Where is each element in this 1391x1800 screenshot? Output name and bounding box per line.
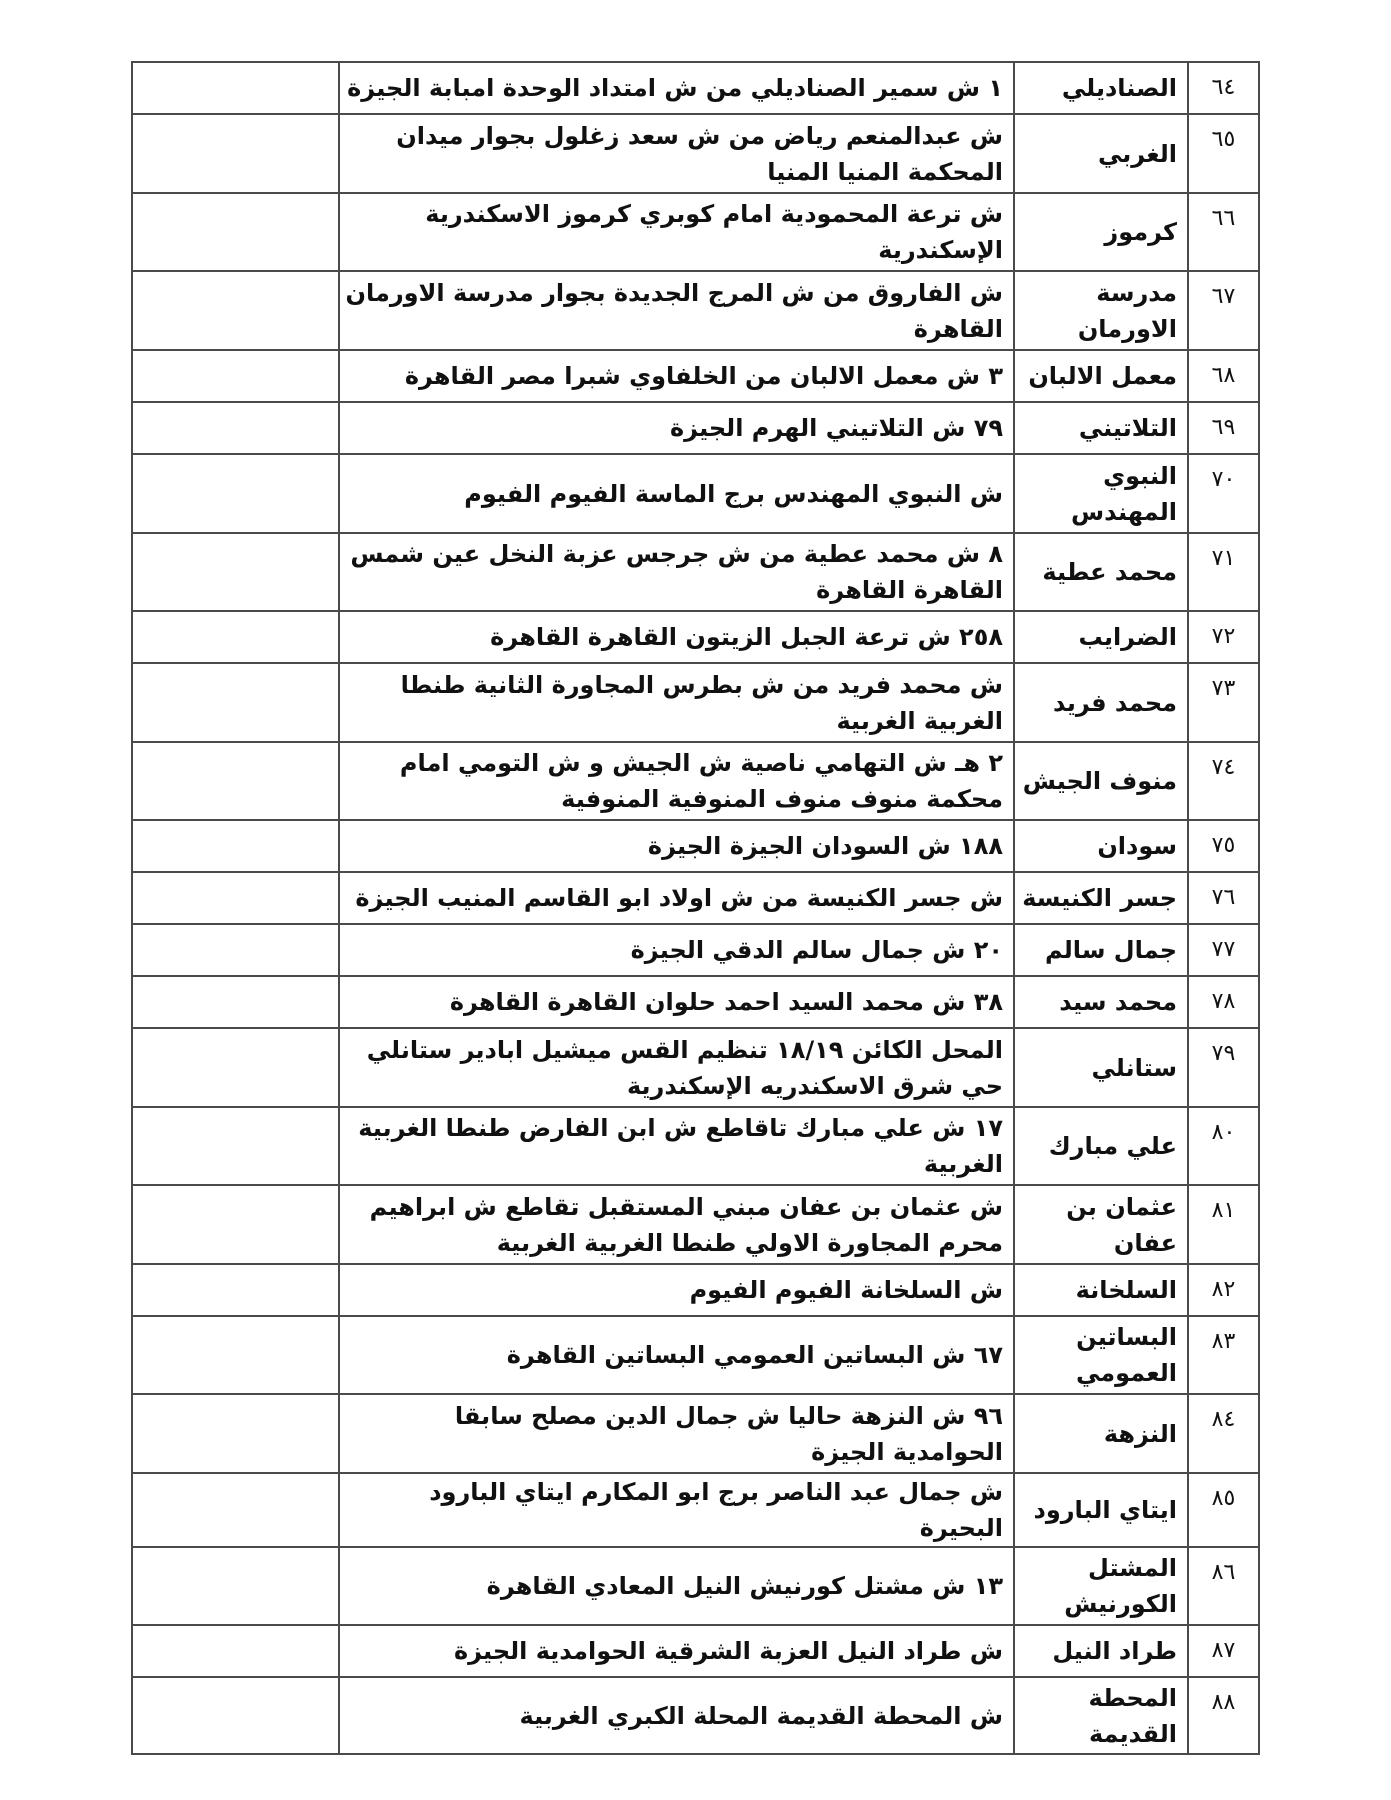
address-cell: ش الفاروق من ش المرج الجديدة بجوار مدرسة… bbox=[339, 271, 1014, 350]
row-number-cell: ٧١ bbox=[1188, 533, 1259, 611]
branch-name-cell: النزهة bbox=[1014, 1394, 1188, 1473]
table-row: ٦٥ الغربي ش عبدالمنعم رياض من ش سعد زغلو… bbox=[132, 114, 1259, 193]
address-text: ش عبدالمنعم رياض من ش سعد زغلول بجوار مي… bbox=[396, 122, 1003, 186]
row-number: ٨٢ bbox=[1189, 1275, 1258, 1305]
branch-name-cell: الغربي bbox=[1014, 114, 1188, 193]
table-row: ٦٤ الصناديلي ١ ش سمير الصناديلي من ش امت… bbox=[132, 62, 1259, 114]
branch-name-cell: الضرايب bbox=[1014, 611, 1188, 663]
table-row: ٨٨ المحطة القديمة ش المحطة القديمة المحل… bbox=[132, 1677, 1259, 1754]
address-cell: ش المحطة القديمة المحلة الكبري الغربية bbox=[339, 1677, 1014, 1754]
address-text: ٧٩ ش التلاتيني الهرم الجيزة bbox=[670, 414, 1003, 442]
table-row: ٨٦ المشتل الكورنيش ١٣ ش مشتل كورنيش الني… bbox=[132, 1547, 1259, 1625]
branch-name: عثمان بن عفان bbox=[1066, 1193, 1177, 1257]
address-cell: ش محمد فريد من ش بطرس المجاورة الثانية ط… bbox=[339, 663, 1014, 742]
branch-name-cell: سودان bbox=[1014, 820, 1188, 872]
row-number-cell: ٧٣ bbox=[1188, 663, 1259, 742]
row-number: ٦٦ bbox=[1189, 204, 1258, 234]
row-number-cell: ٧٧ bbox=[1188, 924, 1259, 976]
branch-name: جسر الكنيسة bbox=[1022, 884, 1177, 912]
row-number: ٨٥ bbox=[1189, 1484, 1258, 1514]
address-cell: ش عبدالمنعم رياض من ش سعد زغلول بجوار مي… bbox=[339, 114, 1014, 193]
empty-cell bbox=[132, 114, 339, 193]
empty-cell bbox=[132, 350, 339, 402]
table-row: ٨٥ ايتاي البارود ش جمال عبد الناصر برج ا… bbox=[132, 1473, 1259, 1547]
branch-name-cell: التلاتيني bbox=[1014, 402, 1188, 454]
branch-name-cell: ايتاي البارود bbox=[1014, 1473, 1188, 1547]
row-number-cell: ٦٩ bbox=[1188, 402, 1259, 454]
row-number: ٦٥ bbox=[1189, 125, 1258, 155]
row-number-cell: ٦٦ bbox=[1188, 193, 1259, 271]
branch-name-cell: جسر الكنيسة bbox=[1014, 872, 1188, 924]
table-row: ٦٦ كرموز ش ترعة المحمودية امام كوبري كرم… bbox=[132, 193, 1259, 271]
row-number-cell: ٧٠ bbox=[1188, 454, 1259, 533]
address-cell: ٦٧ ش البساتين العمومي البساتين القاهرة bbox=[339, 1316, 1014, 1394]
branch-name: البساتين العمومي bbox=[1076, 1323, 1177, 1387]
address-cell: ١٣ ش مشتل كورنيش النيل المعادي القاهرة bbox=[339, 1547, 1014, 1625]
branch-name: مدرسة الاورمان bbox=[1078, 279, 1177, 343]
empty-cell bbox=[132, 924, 339, 976]
row-number: ٧٠ bbox=[1189, 465, 1258, 495]
branch-name: الغربي bbox=[1098, 140, 1177, 168]
row-number-cell: ٦٤ bbox=[1188, 62, 1259, 114]
branch-name-cell: النبوي المهندس bbox=[1014, 454, 1188, 533]
address-cell: ٨ ش محمد عطية من ش جرجس عزبة النخل عين ش… bbox=[339, 533, 1014, 611]
row-number-cell: ٦٧ bbox=[1188, 271, 1259, 350]
branch-name: علي مبارك bbox=[1049, 1132, 1177, 1160]
row-number: ٦٨ bbox=[1189, 361, 1258, 391]
row-number: ٨٨ bbox=[1189, 1688, 1258, 1718]
row-number: ٧٥ bbox=[1189, 831, 1258, 861]
table-row: ٧٣ محمد فريد ش محمد فريد من ش بطرس المجا… bbox=[132, 663, 1259, 742]
branch-name-cell: كرموز bbox=[1014, 193, 1188, 271]
branch-name-cell: محمد سيد bbox=[1014, 976, 1188, 1028]
address-cell: ٣٨ ش محمد السيد احمد حلوان القاهرة القاه… bbox=[339, 976, 1014, 1028]
address-cell: ش السلخانة الفيوم الفيوم bbox=[339, 1264, 1014, 1316]
row-number: ٦٩ bbox=[1189, 413, 1258, 443]
row-number: ٧٩ bbox=[1189, 1039, 1258, 1069]
address-text: ٢٥٨ ش ترعة الجبل الزيتون القاهرة القاهرة bbox=[490, 623, 1003, 651]
branch-name: المشتل الكورنيش bbox=[1064, 1554, 1177, 1618]
branch-name-cell: طراد النيل bbox=[1014, 1625, 1188, 1677]
row-number-cell: ٦٨ bbox=[1188, 350, 1259, 402]
table-row: ٧٠ النبوي المهندس ش النبوي المهندس برج ا… bbox=[132, 454, 1259, 533]
address-cell: ١٨٨ ش السودان الجيزة الجيزة bbox=[339, 820, 1014, 872]
empty-cell bbox=[132, 62, 339, 114]
branch-name-cell: مدرسة الاورمان bbox=[1014, 271, 1188, 350]
address-cell: ش عثمان بن عفان مبني المستقبل تقاطع ش اب… bbox=[339, 1185, 1014, 1264]
table-row: ٨٣ البساتين العمومي ٦٧ ش البساتين العموم… bbox=[132, 1316, 1259, 1394]
branch-name-cell: المحطة القديمة bbox=[1014, 1677, 1188, 1754]
row-number: ٧١ bbox=[1189, 544, 1258, 574]
branch-name-cell: محمد فريد bbox=[1014, 663, 1188, 742]
branch-name: محمد عطية bbox=[1042, 558, 1177, 586]
address-cell: ٧٩ ش التلاتيني الهرم الجيزة bbox=[339, 402, 1014, 454]
branch-name-cell: منوف الجيش bbox=[1014, 742, 1188, 820]
empty-cell bbox=[132, 454, 339, 533]
address-text: ١٧ ش علي مبارك تاقاطع ش ابن الفارض طنطا … bbox=[358, 1114, 1003, 1178]
row-number-cell: ٨٤ bbox=[1188, 1394, 1259, 1473]
address-cell: ش النبوي المهندس برج الماسة الفيوم الفيو… bbox=[339, 454, 1014, 533]
address-text: ش النبوي المهندس برج الماسة الفيوم الفيو… bbox=[464, 480, 1003, 508]
address-cell: المحل الكائن ١٨/١٩ تنظيم القس ميشيل اباد… bbox=[339, 1028, 1014, 1107]
empty-cell bbox=[132, 1107, 339, 1185]
address-cell: ش طراد النيل العزبة الشرقية الحوامدية ال… bbox=[339, 1625, 1014, 1677]
empty-cell bbox=[132, 1547, 339, 1625]
empty-cell bbox=[132, 872, 339, 924]
row-number: ٧٢ bbox=[1189, 622, 1258, 652]
row-number-cell: ٨٧ bbox=[1188, 1625, 1259, 1677]
address-text: ٢٠ ش جمال سالم الدقي الجيزة bbox=[631, 936, 1003, 964]
branch-name: السلخانة bbox=[1076, 1276, 1177, 1304]
address-text: ٦٧ ش البساتين العمومي البساتين القاهرة bbox=[507, 1341, 1003, 1369]
empty-cell bbox=[132, 742, 339, 820]
branch-name-cell: ستانلي bbox=[1014, 1028, 1188, 1107]
address-cell: ٢٥٨ ش ترعة الجبل الزيتون القاهرة القاهرة bbox=[339, 611, 1014, 663]
row-number-cell: ٨٦ bbox=[1188, 1547, 1259, 1625]
row-number: ٧٧ bbox=[1189, 935, 1258, 965]
table-row: ٨٧ طراد النيل ش طراد النيل العزبة الشرقي… bbox=[132, 1625, 1259, 1677]
address-text: ش الفاروق من ش المرج الجديدة بجوار مدرسة… bbox=[345, 279, 1003, 343]
row-number-cell: ٦٥ bbox=[1188, 114, 1259, 193]
branch-name-cell: الصناديلي bbox=[1014, 62, 1188, 114]
table-row: ٧٢ الضرايب ٢٥٨ ش ترعة الجبل الزيتون القا… bbox=[132, 611, 1259, 663]
address-text: ١ ش سمير الصناديلي من ش امتداد الوحدة ام… bbox=[347, 74, 1003, 102]
branch-name-cell: المشتل الكورنيش bbox=[1014, 1547, 1188, 1625]
empty-cell bbox=[132, 1264, 339, 1316]
address-text: ش السلخانة الفيوم الفيوم bbox=[690, 1276, 1003, 1304]
branch-name-cell: جمال سالم bbox=[1014, 924, 1188, 976]
branch-name: ايتاي البارود bbox=[1034, 1496, 1178, 1524]
branch-name: الضرايب bbox=[1079, 623, 1177, 651]
address-text: ش جمال عبد الناصر برج ابو المكارم ايتاي … bbox=[429, 1478, 1003, 1542]
branch-name: محمد سيد bbox=[1059, 988, 1177, 1016]
branch-name: التلاتيني bbox=[1079, 414, 1177, 442]
branch-name-cell: عثمان بن عفان bbox=[1014, 1185, 1188, 1264]
address-text: ٩٦ ش النزهة حاليا ش جمال الدين مصلح سابق… bbox=[455, 1402, 1003, 1466]
empty-cell bbox=[132, 1028, 339, 1107]
address-text: ٨ ش محمد عطية من ش جرجس عزبة النخل عين ش… bbox=[350, 540, 1003, 604]
row-number-cell: ٧٨ bbox=[1188, 976, 1259, 1028]
table-row: ٨٢ السلخانة ش السلخانة الفيوم الفيوم bbox=[132, 1264, 1259, 1316]
branch-name-cell: محمد عطية bbox=[1014, 533, 1188, 611]
branch-name: ستانلي bbox=[1092, 1054, 1178, 1082]
table-row: ٦٧ مدرسة الاورمان ش الفاروق من ش المرج ا… bbox=[132, 271, 1259, 350]
address-cell: ١ ش سمير الصناديلي من ش امتداد الوحدة ام… bbox=[339, 62, 1014, 114]
branch-name-cell: معمل الالبان bbox=[1014, 350, 1188, 402]
branch-name: جمال سالم bbox=[1045, 936, 1177, 964]
address-cell: ٣ ش معمل الالبان من الخلفاوي شبرا مصر ال… bbox=[339, 350, 1014, 402]
address-text: ش طراد النيل العزبة الشرقية الحوامدية ال… bbox=[454, 1637, 1003, 1665]
branch-name-cell: السلخانة bbox=[1014, 1264, 1188, 1316]
address-text: ١٣ ش مشتل كورنيش النيل المعادي القاهرة bbox=[487, 1572, 1003, 1600]
branch-name: محمد فريد bbox=[1053, 689, 1177, 717]
row-number: ٨٧ bbox=[1189, 1636, 1258, 1666]
branch-name: كرموز bbox=[1104, 218, 1177, 246]
branch-name: النزهة bbox=[1104, 1420, 1177, 1448]
empty-cell bbox=[132, 533, 339, 611]
empty-cell bbox=[132, 271, 339, 350]
branch-name-cell: علي مبارك bbox=[1014, 1107, 1188, 1185]
row-number-cell: ٨٣ bbox=[1188, 1316, 1259, 1394]
row-number-cell: ٨٢ bbox=[1188, 1264, 1259, 1316]
row-number-cell: ٧٤ bbox=[1188, 742, 1259, 820]
table-row: ٦٩ التلاتيني ٧٩ ش التلاتيني الهرم الجيزة bbox=[132, 402, 1259, 454]
row-number: ٨١ bbox=[1189, 1196, 1258, 1226]
empty-cell bbox=[132, 976, 339, 1028]
address-text: ٢ هـ ش التهامي ناصية ش الجيش و ش التومي … bbox=[400, 749, 1003, 813]
row-number: ٨٤ bbox=[1189, 1405, 1258, 1435]
branch-name: المحطة القديمة bbox=[1088, 1684, 1177, 1748]
table-row: ٧٩ ستانلي المحل الكائن ١٨/١٩ تنظيم القس … bbox=[132, 1028, 1259, 1107]
empty-cell bbox=[132, 1394, 339, 1473]
address-text: ش جسر الكنيسة من ش اولاد ابو القاسم المن… bbox=[355, 884, 1003, 912]
empty-cell bbox=[132, 663, 339, 742]
table-row: ٧٤ منوف الجيش ٢ هـ ش التهامي ناصية ش الج… bbox=[132, 742, 1259, 820]
address-text: ش عثمان بن عفان مبني المستقبل تقاطع ش اب… bbox=[370, 1193, 1003, 1257]
address-cell: ٢ هـ ش التهامي ناصية ش الجيش و ش التومي … bbox=[339, 742, 1014, 820]
table-row: ٨٤ النزهة ٩٦ ش النزهة حاليا ش جمال الدين… bbox=[132, 1394, 1259, 1473]
row-number: ٨٣ bbox=[1189, 1327, 1258, 1357]
address-cell: ٩٦ ش النزهة حاليا ش جمال الدين مصلح سابق… bbox=[339, 1394, 1014, 1473]
table-row: ٧١ محمد عطية ٨ ش محمد عطية من ش جرجس عزب… bbox=[132, 533, 1259, 611]
empty-cell bbox=[132, 402, 339, 454]
row-number: ٧٨ bbox=[1189, 987, 1258, 1017]
table-row: ٧٦ جسر الكنيسة ش جسر الكنيسة من ش اولاد … bbox=[132, 872, 1259, 924]
branch-name: النبوي المهندس bbox=[1071, 462, 1177, 526]
branch-name: معمل الالبان bbox=[1028, 362, 1177, 390]
row-number: ٦٧ bbox=[1189, 282, 1258, 312]
table-row: ٨١ عثمان بن عفان ش عثمان بن عفان مبني ال… bbox=[132, 1185, 1259, 1264]
row-number-cell: ٨٠ bbox=[1188, 1107, 1259, 1185]
table-body: ٦٤ الصناديلي ١ ش سمير الصناديلي من ش امت… bbox=[132, 62, 1259, 1754]
address-text: ش ترعة المحمودية امام كوبري كرموز الاسكن… bbox=[425, 200, 1003, 264]
empty-cell bbox=[132, 1625, 339, 1677]
address-text: ١٨٨ ش السودان الجيزة الجيزة bbox=[648, 832, 1003, 860]
row-number: ٧٦ bbox=[1189, 883, 1258, 913]
address-text: ش محمد فريد من ش بطرس المجاورة الثانية ط… bbox=[401, 671, 1003, 735]
branch-name-cell: البساتين العمومي bbox=[1014, 1316, 1188, 1394]
row-number-cell: ٨٨ bbox=[1188, 1677, 1259, 1754]
row-number: ٦٤ bbox=[1189, 73, 1258, 103]
empty-cell bbox=[132, 1677, 339, 1754]
row-number-cell: ٧٩ bbox=[1188, 1028, 1259, 1107]
table-row: ٨٠ علي مبارك ١٧ ش علي مبارك تاقاطع ش ابن… bbox=[132, 1107, 1259, 1185]
address-cell: ش جسر الكنيسة من ش اولاد ابو القاسم المن… bbox=[339, 872, 1014, 924]
branch-name: طراد النيل bbox=[1052, 1637, 1177, 1665]
address-cell: ٢٠ ش جمال سالم الدقي الجيزة bbox=[339, 924, 1014, 976]
row-number: ٧٣ bbox=[1189, 674, 1258, 704]
row-number: ٨٠ bbox=[1189, 1118, 1258, 1148]
branch-name: الصناديلي bbox=[1062, 74, 1177, 102]
table-row: ٦٨ معمل الالبان ٣ ش معمل الالبان من الخل… bbox=[132, 350, 1259, 402]
address-cell: ١٧ ش علي مبارك تاقاطع ش ابن الفارض طنطا … bbox=[339, 1107, 1014, 1185]
branch-name: منوف الجيش bbox=[1023, 767, 1177, 795]
empty-cell bbox=[132, 1185, 339, 1264]
row-number-cell: ٨٥ bbox=[1188, 1473, 1259, 1547]
row-number-cell: ٨١ bbox=[1188, 1185, 1259, 1264]
row-number-cell: ٧٥ bbox=[1188, 820, 1259, 872]
row-number-cell: ٧٦ bbox=[1188, 872, 1259, 924]
empty-cell bbox=[132, 193, 339, 271]
address-text: المحل الكائن ١٨/١٩ تنظيم القس ميشيل اباد… bbox=[367, 1036, 1003, 1100]
empty-cell bbox=[132, 1316, 339, 1394]
row-number: ٨٦ bbox=[1189, 1558, 1258, 1588]
branch-name: سودان bbox=[1097, 832, 1177, 860]
empty-cell bbox=[132, 611, 339, 663]
address-cell: ش جمال عبد الناصر برج ابو المكارم ايتاي … bbox=[339, 1473, 1014, 1547]
address-cell: ش ترعة المحمودية امام كوبري كرموز الاسكن… bbox=[339, 193, 1014, 271]
table-row: ٧٥ سودان ١٨٨ ش السودان الجيزة الجيزة bbox=[132, 820, 1259, 872]
empty-cell bbox=[132, 1473, 339, 1547]
address-text: ٣ ش معمل الالبان من الخلفاوي شبرا مصر ال… bbox=[405, 362, 1003, 390]
row-number: ٧٤ bbox=[1189, 753, 1258, 783]
table-row: ٧٨ محمد سيد ٣٨ ش محمد السيد احمد حلوان ا… bbox=[132, 976, 1259, 1028]
branches-address-table: ٦٤ الصناديلي ١ ش سمير الصناديلي من ش امت… bbox=[131, 61, 1260, 1755]
table-row: ٧٧ جمال سالم ٢٠ ش جمال سالم الدقي الجيزة bbox=[132, 924, 1259, 976]
empty-cell bbox=[132, 820, 339, 872]
address-text: ٣٨ ش محمد السيد احمد حلوان القاهرة القاه… bbox=[450, 988, 1003, 1016]
row-number-cell: ٧٢ bbox=[1188, 611, 1259, 663]
address-text: ش المحطة القديمة المحلة الكبري الغربية bbox=[520, 1702, 1003, 1730]
